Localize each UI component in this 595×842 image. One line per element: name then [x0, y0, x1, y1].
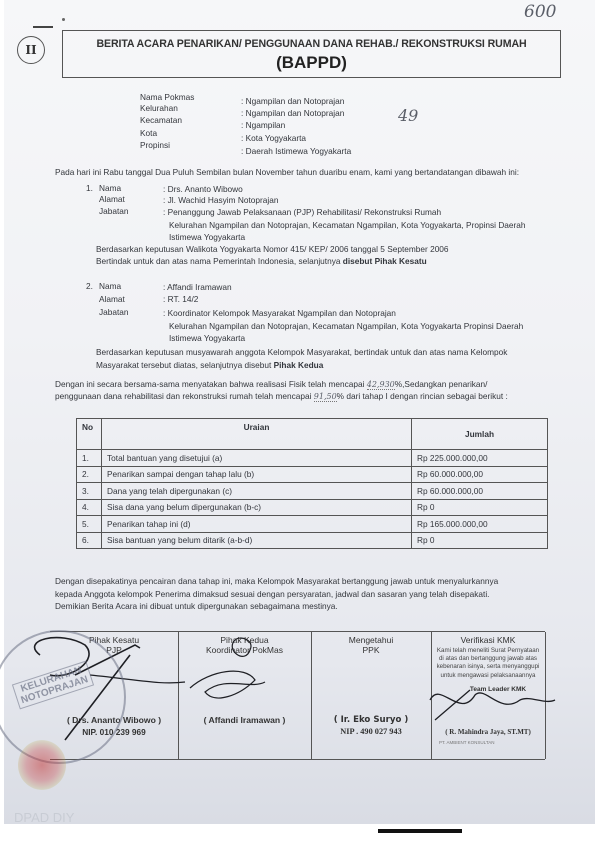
basis-prefix: Masyarakat tersebut diatas, selanjutnya …	[96, 360, 274, 370]
nama-label: Nama	[99, 183, 121, 193]
info-value: : Ngampilan dan Notoprajan	[241, 108, 461, 119]
document-subtitle: (BAPPD)	[63, 53, 560, 73]
acting-prefix: Bertindak untuk dan atas nama Pemerintah…	[96, 256, 343, 266]
info-value: : Ngampilan dan Notoprajan	[241, 96, 461, 107]
basis-text: Berdasarkan keputusan musyawarah anggota…	[96, 347, 507, 357]
cell-jumlah: Rp 225.000.000,00	[412, 450, 548, 467]
handwritten-side-number: 49	[398, 106, 418, 125]
alamat-label: Alamat	[99, 194, 125, 204]
cell-uraian: Sisa bantuan yang belum ditarik (a-b-d)	[102, 532, 412, 549]
table-row: 6.Sisa bantuan yang belum ditarik (a-b-d…	[77, 532, 548, 549]
cell-uraian: Sisa dana yang belum dipergunakan (b-c)	[102, 499, 412, 516]
cell-jumlah: Rp 60.000.000,00	[412, 466, 548, 483]
jabatan-label: Jabatan	[99, 206, 129, 216]
info-label: Propinsi	[140, 140, 240, 151]
cell-no: 6.	[77, 532, 102, 549]
cell-no: 4.	[77, 499, 102, 516]
cell-uraian: Penarikan sampai dengan tahap lalu (b)	[102, 466, 412, 483]
cell-jumlah: Rp 165.000.000,00	[412, 516, 548, 533]
cell-jumlah: Rp 0	[412, 532, 548, 549]
closing-line: kepada Anggota kelompok Penerima dimaksu…	[55, 589, 490, 599]
jabatan-value: : Koordinator Kelompok Masyarakat Ngampi…	[163, 308, 396, 318]
table-row: 3.Dana yang telah dipergunakan (c)Rp 60.…	[77, 483, 548, 500]
document-title: BERITA ACARA PENARIKAN/ PENGGUNAAN DANA …	[63, 38, 560, 50]
cell-uraian: Dana yang telah dipergunakan (c)	[102, 483, 412, 500]
party-number: 1.	[86, 183, 93, 193]
party-number: 2.	[86, 281, 93, 291]
statement-suffix: %,Sedangkan penarikan/	[395, 379, 488, 389]
nama-value: : Drs. Ananto Wibowo	[163, 184, 243, 194]
jabatan-line: Istimewa Yogyakarta	[169, 232, 245, 242]
column-header-no: No	[77, 419, 102, 450]
jabatan-line: Istimewa Yogyakarta	[169, 333, 245, 343]
cell-uraian: Penarikan tahap ini (d)	[102, 516, 412, 533]
table-row: 1.Total bantuan yang disetujui (a)Rp 225…	[77, 450, 548, 467]
statement-suffix: % dari tahap I dengan rincian sebagai be…	[337, 391, 508, 401]
column-header-uraian: Uraian	[102, 419, 412, 450]
pen-dot	[62, 18, 65, 21]
info-label: Kelurahan	[140, 103, 240, 114]
info-label: Nama Pokmas	[140, 92, 240, 103]
alamat-value: : Jl. Wachid Hasyim Notoprajan	[163, 195, 278, 205]
info-value: : Kota Yogyakarta	[241, 133, 461, 144]
statement-line: Dengan ini secara bersama-sama menyataka…	[55, 379, 487, 389]
cell-no: 3.	[77, 483, 102, 500]
acting-text: Bertindak untuk dan atas nama Pemerintah…	[96, 256, 427, 266]
section-mark: II	[17, 36, 45, 64]
column-header-jumlah: Jumlah	[412, 419, 548, 450]
dana-percent: 91,50	[314, 392, 337, 402]
info-value: : Daerah Istimewa Yogyakarta	[241, 146, 461, 157]
alamat-value: : RT. 14/2	[163, 294, 198, 304]
page-bar	[378, 829, 462, 833]
basis-text: Masyarakat tersebut diatas, selanjutnya …	[96, 360, 323, 370]
closing-line: Dengan disepakatinya pencairan dana taha…	[55, 576, 498, 586]
table-row: 5.Penarikan tahap ini (d)Rp 165.000.000,…	[77, 516, 548, 533]
nama-value: : Affandi Iramawan	[163, 282, 232, 292]
document-header: BERITA ACARA PENARIKAN/ PENGGUNAAN DANA …	[62, 30, 561, 78]
cell-no: 1.	[77, 450, 102, 467]
cell-jumlah: Rp 0	[412, 499, 548, 516]
party-designation: Pihak Kedua	[274, 360, 324, 370]
nama-label: Nama	[99, 281, 121, 291]
statement-prefix: penggunaan dana rehabilitasi dan rekonst…	[55, 391, 314, 401]
table-header-row: No Uraian Jumlah	[77, 419, 548, 450]
table-row: 4.Sisa dana yang belum dipergunakan (b-c…	[77, 499, 548, 516]
statement-line: penggunaan dana rehabilitasi dan rekonst…	[55, 391, 508, 401]
closing-line: Demikian Berita Acara ini dibuat untuk d…	[55, 601, 338, 611]
cell-no: 2.	[77, 466, 102, 483]
cell-uraian: Total bantuan yang disetujui (a)	[102, 450, 412, 467]
intro-text: Pada hari ini Rabu tanggal Dua Puluh Sem…	[55, 167, 519, 177]
cell-no: 5.	[77, 516, 102, 533]
emblem-logo	[18, 740, 66, 790]
info-value: : Ngampilan	[241, 120, 461, 131]
party-designation: disebut Pihak Kesatu	[343, 256, 427, 266]
stamp-text: KELURAHAN NOTOPRAJAN	[12, 661, 94, 710]
jabatan-value: : Penanggung Jawab Pelaksanaan (PJP) Reh…	[163, 207, 441, 217]
handwritten-page-number: 600	[524, 2, 556, 22]
statement-prefix: Dengan ini secara bersama-sama menyataka…	[55, 379, 367, 389]
table-row: 2.Penarikan sampai dengan tahap lalu (b)…	[77, 466, 548, 483]
info-label: Kota	[140, 128, 240, 139]
jabatan-line: Kelurahan Ngampilan dan Notoprajan, Keca…	[169, 220, 526, 230]
rincian-table: No Uraian Jumlah 1.Total bantuan yang di…	[76, 418, 548, 549]
jabatan-label: Jabatan	[99, 307, 129, 317]
watermark: DPAD DIY	[14, 810, 74, 825]
pen-mark	[33, 26, 53, 28]
basis-text: Berdasarkan keputusan Walikota Yogyakart…	[96, 244, 449, 254]
cell-jumlah: Rp 60.000.000,00	[412, 483, 548, 500]
info-label: Kecamatan	[140, 115, 240, 126]
alamat-label: Alamat	[99, 294, 125, 304]
fisik-percent: 42,930	[367, 380, 395, 390]
jabatan-line: Kelurahan Ngampilan dan Notoprajan, Keca…	[169, 321, 523, 331]
